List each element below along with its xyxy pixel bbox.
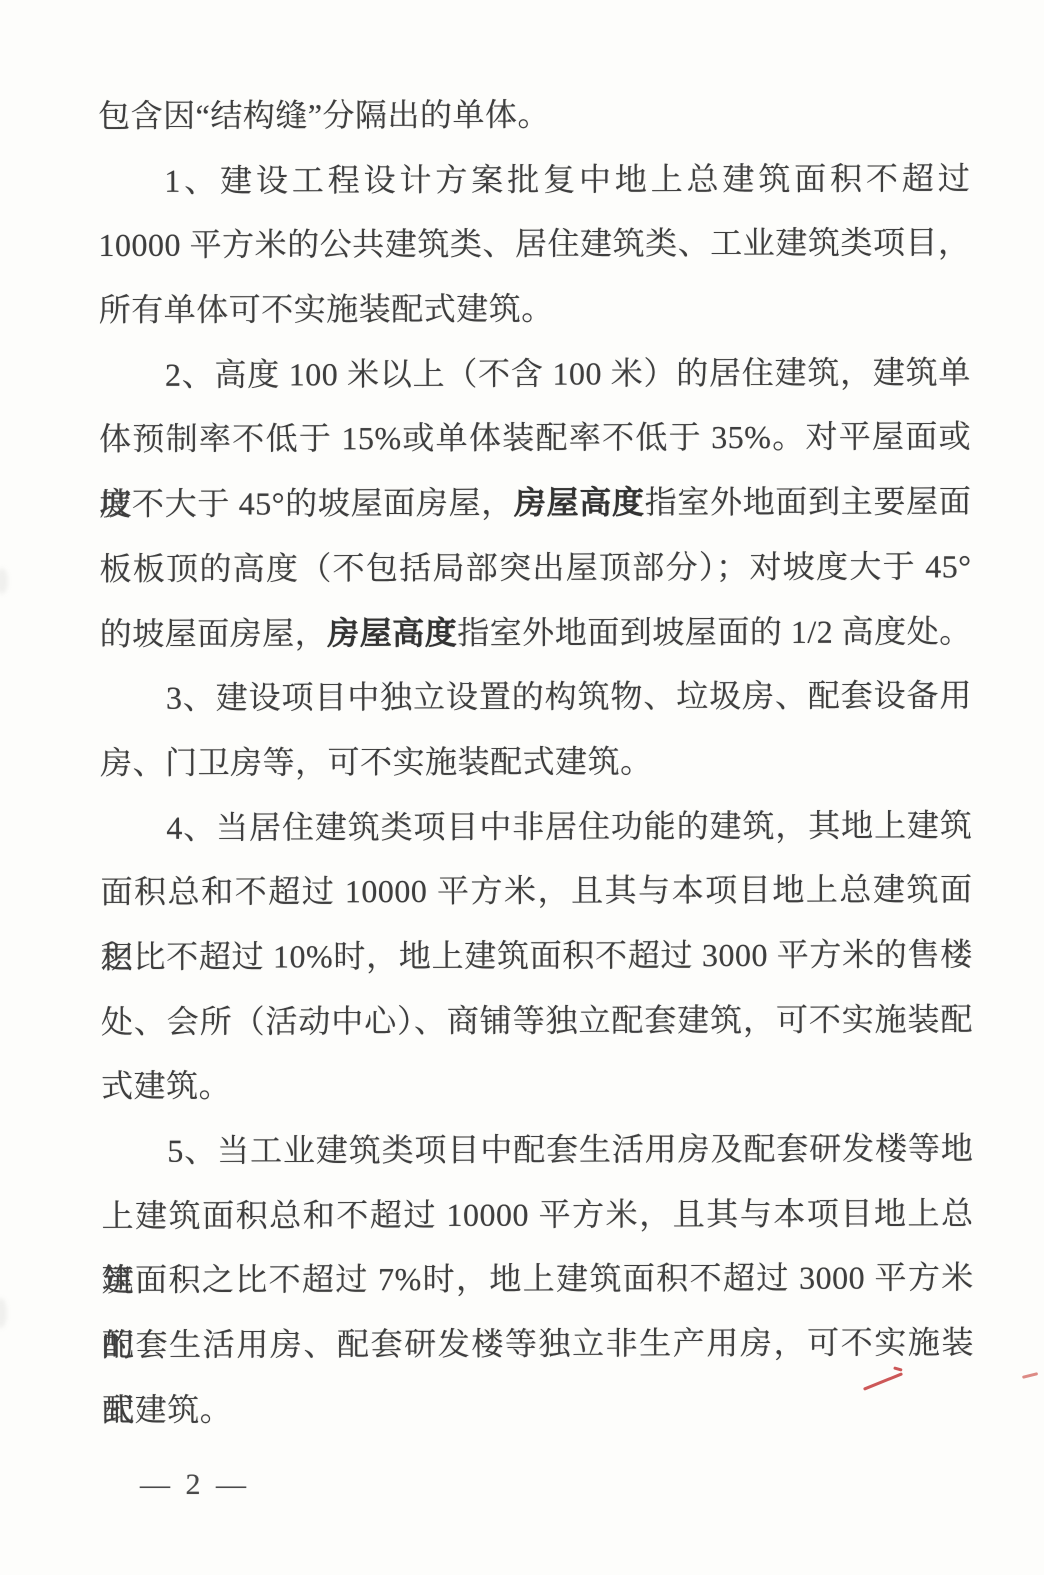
- red-pen-mark-small: [1022, 1372, 1038, 1378]
- doc-line: 所有单体可不实施装配式建筑。: [99, 275, 971, 342]
- doc-line: 体预制率不低于 15%或单体装配率不低于 35%。对平屋面或坡: [99, 405, 971, 472]
- doc-line-segment: 的坡屋面房屋，: [100, 615, 328, 652]
- doc-line: 式建筑。: [102, 1375, 974, 1442]
- document-page: 包含因“结构缝”分隔出的单体。 1、建设工程设计方案批复中地上总建筑面积不超过 …: [0, 0, 1044, 1575]
- doc-line: 度不大于 45°的坡屋面房屋，房屋高度指室外地面到主要屋面: [99, 469, 971, 536]
- doc-line: 面积总和不超过 10000 平方米，且其与本项目地上总建筑面积: [100, 858, 972, 925]
- doc-line: 配套生活用房、配套研发楼等独立非生产用房，可不实施装配: [102, 1310, 974, 1377]
- doc-line-segment: 度不大于 45°的坡屋面房屋，: [99, 485, 514, 522]
- doc-line: 5、当工业建筑类项目中配套生活用房及配套研发楼等地: [101, 1116, 973, 1183]
- bold-term: 房屋高度: [514, 484, 645, 520]
- doc-line: 房、门卫房等，可不实施装配式建筑。: [100, 728, 972, 795]
- doc-line-segment: 指室外地面到坡屋面的 1/2 高度处。: [457, 613, 972, 651]
- doc-line: 的坡屋面房屋，房屋高度指室外地面到坡屋面的 1/2 高度处。: [100, 599, 972, 666]
- scan-smudge: [0, 568, 8, 594]
- doc-line: 10000 平方米的公共建筑类、居住建筑类、工业建筑类项目，: [98, 211, 970, 278]
- doc-line: 筑面积之比不超过 7%时，地上建筑面积不超过 3000 平方米的: [102, 1246, 974, 1313]
- doc-line: 板板顶的高度（不包括局部突出屋顶部分）；对坡度大于 45°: [99, 534, 971, 601]
- doc-line: 3、建设项目中独立设置的构筑物、垃圾房、配套设备用: [100, 663, 972, 730]
- doc-line: 上建筑面积总和不超过 10000 平方米，且其与本项目地上总建: [101, 1181, 973, 1248]
- doc-line: 包含因“结构缝”分隔出的单体。: [98, 81, 970, 148]
- page-number: — 2 —: [140, 1468, 250, 1502]
- bold-term: 房屋高度: [327, 614, 457, 650]
- doc-line: 式建筑。: [101, 1052, 973, 1119]
- document-body: 包含因“结构缝”分隔出的单体。 1、建设工程设计方案批复中地上总建筑面积不超过 …: [98, 81, 974, 1442]
- doc-line: 之比不超过 10%时，地上建筑面积不超过 3000 平方米的售楼: [101, 922, 973, 989]
- doc-line-segment: 指室外地面到主要屋面: [645, 483, 972, 520]
- doc-line: 处、会所（活动中心）、商铺等独立配套建筑，可不实施装配: [101, 987, 973, 1054]
- doc-line: 2、高度 100 米以上（不含 100 米）的居住建筑，建筑单: [99, 340, 971, 407]
- scan-smudge: [0, 1298, 7, 1328]
- doc-line: 4、当居住建筑类项目中非居住功能的建筑，其地上建筑: [100, 793, 972, 860]
- doc-line: 1、建设工程设计方案批复中地上总建筑面积不超过: [98, 146, 970, 213]
